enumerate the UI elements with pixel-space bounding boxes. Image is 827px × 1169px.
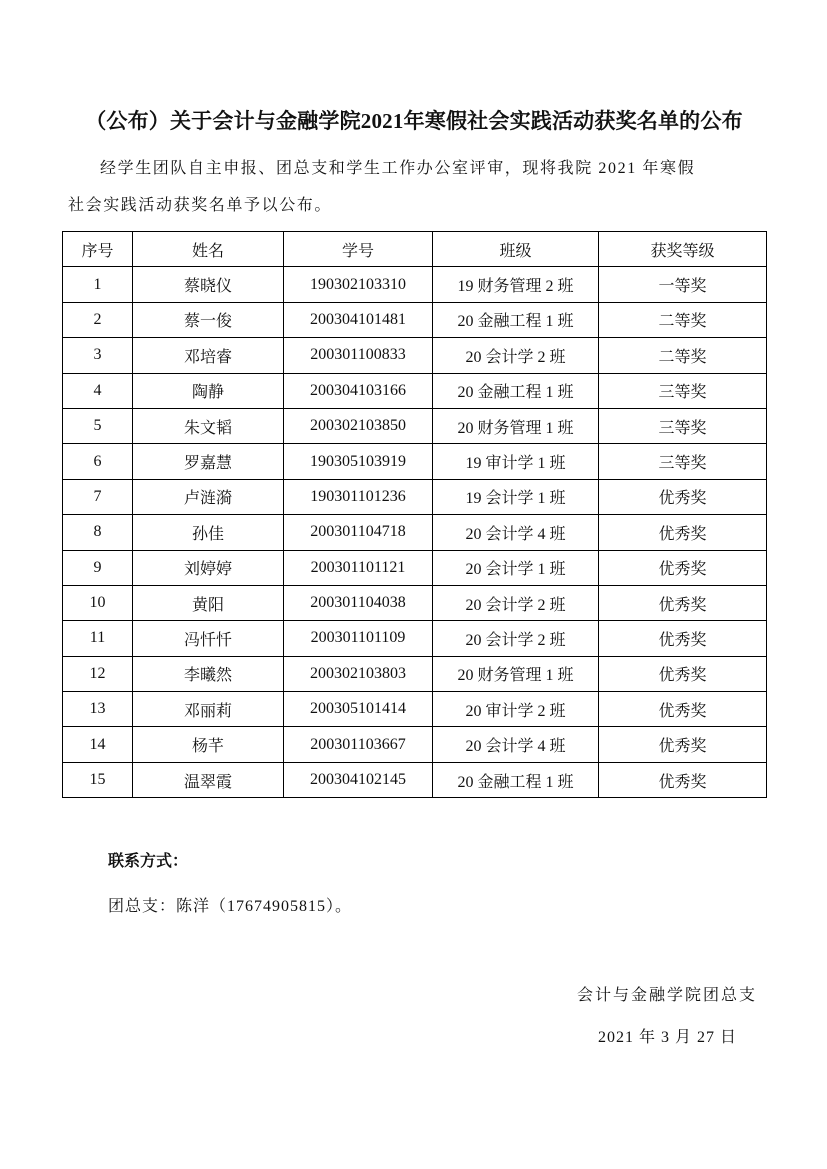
cell-index: 4 <box>63 373 133 408</box>
cell-student-id: 200304101481 <box>284 302 433 337</box>
cell-student-id: 190301101236 <box>284 479 433 514</box>
contact-info: 团总支：陈洋（17674905815）。 <box>108 893 352 916</box>
cell-name: 李曦然 <box>133 656 284 691</box>
cell-class: 20 会计学 2 班 <box>433 585 599 620</box>
cell-name: 孙佳 <box>133 515 284 550</box>
cell-class: 20 会计学 4 班 <box>433 515 599 550</box>
cell-index: 13 <box>63 692 133 727</box>
cell-name: 温翠霞 <box>133 762 284 797</box>
cell-student-id: 190302103310 <box>284 267 433 302</box>
cell-index: 10 <box>63 585 133 620</box>
cell-student-id: 200304102145 <box>284 762 433 797</box>
cell-award-level: 三等奖 <box>599 408 767 443</box>
table-row: 4陶静20030410316620 金融工程 1 班三等奖 <box>63 373 767 408</box>
cell-class: 20 会计学 2 班 <box>433 338 599 373</box>
cell-name: 杨芊 <box>133 727 284 762</box>
document-title: （公布）关于会计与金融学院2021年寒假社会实践活动获奖名单的公布 <box>62 105 766 135</box>
cell-name: 邓丽莉 <box>133 692 284 727</box>
table-row: 6罗嘉慧19030510391919 审计学 1 班三等奖 <box>63 444 767 479</box>
cell-class: 20 会计学 4 班 <box>433 727 599 762</box>
cell-class: 20 财务管理 1 班 <box>433 656 599 691</box>
cell-class: 19 会计学 1 班 <box>433 479 599 514</box>
cell-award-level: 优秀奖 <box>599 585 767 620</box>
table-row: 7卢涟漪19030110123619 会计学 1 班优秀奖 <box>63 479 767 514</box>
table-row: 1蔡晓仪19030210331019 财务管理 2 班一等奖 <box>63 267 767 302</box>
cell-class: 19 财务管理 2 班 <box>433 267 599 302</box>
table-header-row: 序号 姓名 学号 班级 获奖等级 <box>63 232 767 267</box>
cell-student-id: 200301101121 <box>284 550 433 585</box>
cell-index: 14 <box>63 727 133 762</box>
table-row: 8孙佳20030110471820 会计学 4 班优秀奖 <box>63 515 767 550</box>
cell-award-level: 一等奖 <box>599 267 767 302</box>
cell-student-id: 200301100833 <box>284 338 433 373</box>
cell-index: 9 <box>63 550 133 585</box>
cell-student-id: 200302103850 <box>284 408 433 443</box>
table-row: 2蔡一俊20030410148120 金融工程 1 班二等奖 <box>63 302 767 337</box>
cell-index: 6 <box>63 444 133 479</box>
cell-name: 黄阳 <box>133 585 284 620</box>
cell-student-id: 200301101109 <box>284 621 433 656</box>
cell-award-level: 二等奖 <box>599 302 767 337</box>
cell-name: 卢涟漪 <box>133 479 284 514</box>
cell-name: 蔡晓仪 <box>133 267 284 302</box>
cell-award-level: 二等奖 <box>599 338 767 373</box>
cell-index: 11 <box>63 621 133 656</box>
cell-class: 20 会计学 2 班 <box>433 621 599 656</box>
cell-class: 20 财务管理 1 班 <box>433 408 599 443</box>
table-row: 9刘婷婷20030110112120 会计学 1 班优秀奖 <box>63 550 767 585</box>
cell-award-level: 优秀奖 <box>599 515 767 550</box>
awards-table: 序号 姓名 学号 班级 获奖等级 1蔡晓仪19030210331019 财务管理… <box>62 231 767 798</box>
cell-index: 2 <box>63 302 133 337</box>
cell-index: 1 <box>63 267 133 302</box>
cell-award-level: 优秀奖 <box>599 479 767 514</box>
table-row: 15温翠霞20030410214520 金融工程 1 班优秀奖 <box>63 762 767 797</box>
cell-class: 20 会计学 1 班 <box>433 550 599 585</box>
cell-award-level: 优秀奖 <box>599 762 767 797</box>
cell-name: 邓培睿 <box>133 338 284 373</box>
table-row: 10黄阳20030110403820 会计学 2 班优秀奖 <box>63 585 767 620</box>
cell-award-level: 优秀奖 <box>599 621 767 656</box>
cell-class: 20 金融工程 1 班 <box>433 302 599 337</box>
cell-class: 20 金融工程 1 班 <box>433 762 599 797</box>
cell-award-level: 三等奖 <box>599 444 767 479</box>
cell-class: 19 审计学 1 班 <box>433 444 599 479</box>
cell-name: 蔡一俊 <box>133 302 284 337</box>
table-row: 5朱文韬20030210385020 财务管理 1 班三等奖 <box>63 408 767 443</box>
cell-name: 陶静 <box>133 373 284 408</box>
cell-award-level: 优秀奖 <box>599 692 767 727</box>
table-row: 11冯忏忏20030110110920 会计学 2 班优秀奖 <box>63 621 767 656</box>
cell-student-id: 200305101414 <box>284 692 433 727</box>
cell-student-id: 200301104038 <box>284 585 433 620</box>
cell-index: 15 <box>63 762 133 797</box>
cell-student-id: 200301104718 <box>284 515 433 550</box>
cell-award-level: 三等奖 <box>599 373 767 408</box>
table-row: 14杨芊20030110366720 会计学 4 班优秀奖 <box>63 727 767 762</box>
header-award-level: 获奖等级 <box>599 232 767 267</box>
intro-paragraph: 经学生团队自主申报、团总支和学生工作办公室评审，现将我院 2021 年寒假 社会… <box>68 150 768 224</box>
intro-line-2: 社会实践活动获奖名单予以公布。 <box>68 197 332 214</box>
table-row: 3邓培睿20030110083320 会计学 2 班二等奖 <box>63 338 767 373</box>
cell-name: 朱文韬 <box>133 408 284 443</box>
cell-award-level: 优秀奖 <box>599 656 767 691</box>
header-class: 班级 <box>433 232 599 267</box>
cell-index: 5 <box>63 408 133 443</box>
header-name: 姓名 <box>133 232 284 267</box>
cell-index: 8 <box>63 515 133 550</box>
cell-name: 刘婷婷 <box>133 550 284 585</box>
cell-class: 20 审计学 2 班 <box>433 692 599 727</box>
signature-organization: 会计与金融学院团总支 <box>577 982 757 1005</box>
cell-index: 7 <box>63 479 133 514</box>
cell-index: 12 <box>63 656 133 691</box>
contact-heading: 联系方式： <box>108 848 188 871</box>
cell-name: 冯忏忏 <box>133 621 284 656</box>
cell-award-level: 优秀奖 <box>599 727 767 762</box>
cell-index: 3 <box>63 338 133 373</box>
cell-student-id: 200301103667 <box>284 727 433 762</box>
cell-award-level: 优秀奖 <box>599 550 767 585</box>
table-row: 12李曦然20030210380320 财务管理 1 班优秀奖 <box>63 656 767 691</box>
cell-name: 罗嘉慧 <box>133 444 284 479</box>
cell-student-id: 190305103919 <box>284 444 433 479</box>
cell-student-id: 200304103166 <box>284 373 433 408</box>
intro-line-1: 经学生团队自主申报、团总支和学生工作办公室评审，现将我院 2021 年寒假 <box>100 160 695 177</box>
header-student-id: 学号 <box>284 232 433 267</box>
signature-date: 2021 年 3 月 27 日 <box>598 1024 737 1047</box>
cell-class: 20 金融工程 1 班 <box>433 373 599 408</box>
table-row: 13邓丽莉20030510141420 审计学 2 班优秀奖 <box>63 692 767 727</box>
header-index: 序号 <box>63 232 133 267</box>
cell-student-id: 200302103803 <box>284 656 433 691</box>
